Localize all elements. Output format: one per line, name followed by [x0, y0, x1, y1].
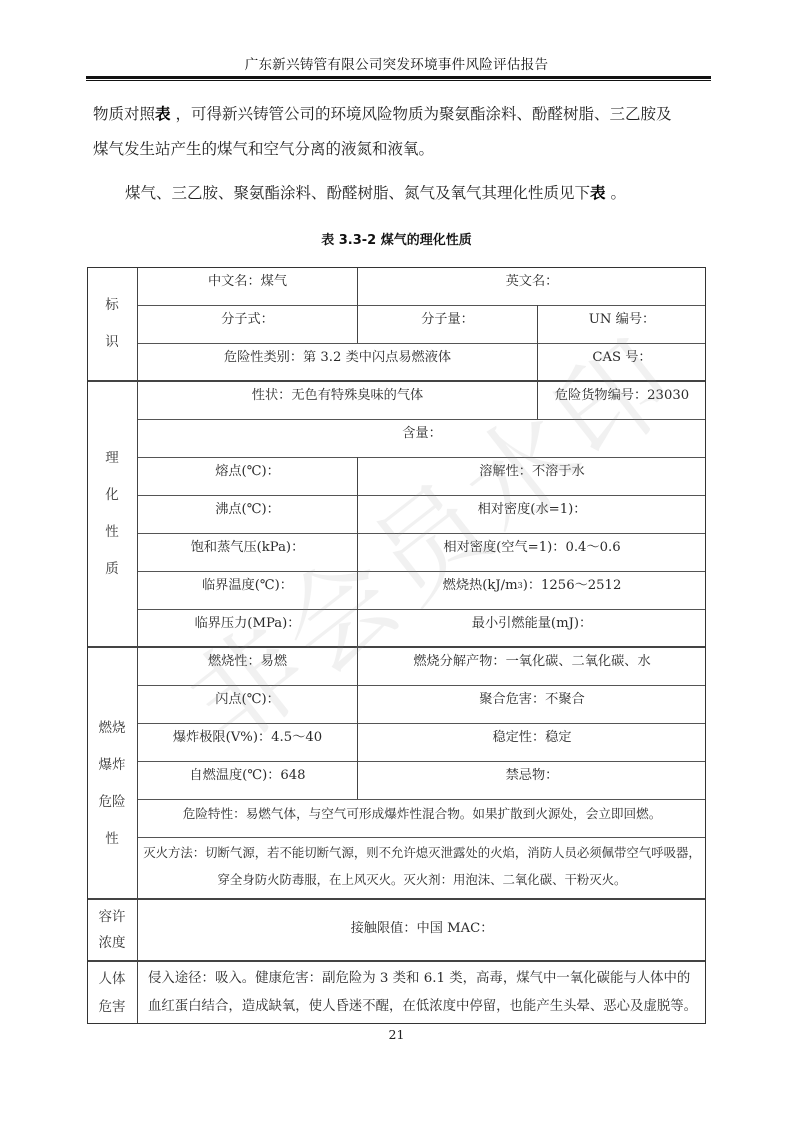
para-text: ，可得新兴铸管公司的环境风险物质为聚氨酯涂料、酚醛树脂、三乙胺及 — [171, 105, 672, 123]
cell-molecular-formula: 分子式： — [138, 305, 357, 335]
report-title: 广东新兴铸管有限公司突发环境事件风险评估报告 — [0, 53, 793, 73]
paragraph-2: 煤气、三乙胺、聚氨酯涂料、酚醛树脂、氮气及氧气其理化性质见下表 。 — [125, 183, 745, 203]
cell-polymerization-hazard: 聚合危害：不聚合 — [358, 685, 706, 715]
cell-autoignition-temp: 自燃温度(℃)：648 — [138, 761, 357, 791]
table-caption: 表 3.3-2 煤气的理化性质 — [0, 229, 793, 248]
cell-decomposition-products: 燃烧分解产物：一氧化碳、二氧化碳、水 — [358, 647, 706, 677]
header-double-rule — [86, 76, 711, 82]
cell-flammability: 燃烧性：易燃 — [138, 647, 357, 677]
label-char: 理 — [105, 440, 119, 477]
para-text: 煤气、三乙胺、聚氨酯涂料、酚醛树脂、氮气及氧气其理化性质见下 — [125, 184, 590, 202]
cell-incompatible-materials: 禁忌物： — [358, 761, 706, 791]
section-label-tolerance: 容许 浓度 — [87, 899, 137, 961]
label-char: 标 — [105, 287, 119, 324]
label-char: 浓度 — [99, 930, 126, 956]
cell-appearance: 性状：无色有特殊臭味的气体 — [138, 381, 537, 411]
cell-content: 含量： — [138, 419, 706, 449]
label-char: 容许 — [99, 904, 126, 930]
cell-critical-pressure: 临界压力(MPa)： — [138, 609, 357, 639]
label-char: 化 — [105, 477, 119, 514]
firefighting-line: 灭火方法：切断气源，若不能切断气源，则不允许熄灭泄露处的火焰，消防人员必须佩带空… — [143, 839, 701, 866]
label-char: 危害 — [99, 993, 126, 1021]
cell-molecular-weight: 分子量： — [358, 305, 537, 335]
health-line: 血红蛋白结合，造成缺氧，使人昏迷不醒，在低浓度中停留，也能产生头晕、恶心及虚脱等… — [148, 993, 697, 1021]
firefighting-line: 穿全身防火防毒服，在上风灭火。灭火剂：用泡沫、二氧化碳、干粉灭火。 — [218, 866, 627, 893]
cell-melting-point: 熔点(℃)： — [138, 457, 357, 487]
paragraph-1-line-2: 煤气发生站产生的煤气和空气分离的液氮和液氧。 — [93, 139, 713, 159]
paragraph-1-line-1: 物质对照表 ，可得新兴铸管公司的环境风险物质为聚氨酯涂料、酚醛树脂、三乙胺及 — [93, 104, 713, 124]
cell-min-ignition-energy: 最小引燃能量(mJ)： — [358, 609, 706, 639]
cell-un-number: UN 编号： — [538, 305, 706, 335]
cell-solubility: 溶解性：不溶于水 — [358, 457, 706, 487]
label-char: 识 — [105, 324, 119, 361]
label-char: 性 — [105, 821, 119, 858]
cell-stability: 稳定性：稳定 — [358, 723, 706, 753]
table-reference: 表 — [590, 184, 606, 202]
cell-boiling-point: 沸点(℃)： — [138, 495, 357, 525]
section-label-health: 人体 危害 — [87, 961, 137, 1024]
cell-health-hazard: 侵入途径：吸入。健康危害：副危险为 3 类和 6.1 类，高毒，煤气中一氧化碳能… — [138, 961, 706, 1024]
section-label-combustion: 燃烧 爆炸 危险 性 — [87, 647, 137, 899]
cell-flash-point: 闪点(℃)： — [138, 685, 357, 715]
page-number: 21 — [0, 1027, 793, 1042]
label-char: 燃烧 — [99, 710, 126, 747]
label-char: 爆炸 — [99, 747, 126, 784]
table-reference: 表 — [155, 105, 171, 123]
section-label-physchem: 理 化 性 质 — [87, 381, 137, 647]
cell-dangerous-goods-no: 危险货物编号：23030 — [538, 381, 706, 411]
properties-table: 标 识 理 化 性 质 燃烧 爆炸 危险 性 容许 浓度 人体 危害 中文名：煤… — [87, 267, 706, 1024]
cell-english-name: 英文名： — [358, 267, 706, 297]
cell-exposure-limit: 接触限值：中国 MAC： — [138, 899, 706, 959]
combustion-heat-text: 燃烧热(kJ/m — [443, 576, 518, 596]
cell-relative-density-water: 相对密度(水=1)： — [358, 495, 706, 525]
combustion-heat-text: )：1256～2512 — [523, 576, 622, 596]
cell-critical-temp: 临界温度(℃)： — [138, 571, 357, 601]
cell-cas-number: CAS 号： — [538, 343, 706, 373]
cell-combustion-heat: 燃烧热(kJ/m3)：1256～2512 — [358, 571, 706, 601]
cell-hazard-class: 危险性类别：第 3.2 类中闪点易燃液体 — [138, 343, 537, 373]
label-char: 人体 — [99, 965, 126, 993]
health-line: 侵入途径：吸入。健康危害：副危险为 3 类和 6.1 类，高毒，煤气中一氧化碳能… — [148, 965, 690, 993]
section-label-identification: 标 识 — [87, 267, 137, 381]
label-char: 性 — [105, 514, 119, 551]
label-char: 危险 — [99, 784, 126, 821]
cell-relative-density-air: 相对密度(空气=1)：0.4～0.6 — [358, 533, 706, 563]
header-rule-thick — [86, 76, 711, 79]
cell-chinese-name: 中文名：煤气 — [138, 267, 357, 297]
label-char: 质 — [105, 551, 119, 588]
para-text: 。 — [606, 184, 626, 202]
cell-hazard-characteristics: 危险特性：易燃气体，与空气可形成爆炸性混合物。如果扩散到火源处，会立即回燃。 — [138, 799, 706, 829]
header-rule-thin — [86, 80, 711, 81]
para-text: 物质对照 — [93, 105, 155, 123]
cell-explosion-limit: 爆炸极限(V%)：4.5～40 — [138, 723, 357, 753]
cell-vapor-pressure: 饱和蒸气压(kPa)： — [138, 533, 357, 563]
cell-firefighting: 灭火方法：切断气源，若不能切断气源，则不允许熄灭泄露处的火焰，消防人员必须佩带空… — [138, 837, 706, 895]
